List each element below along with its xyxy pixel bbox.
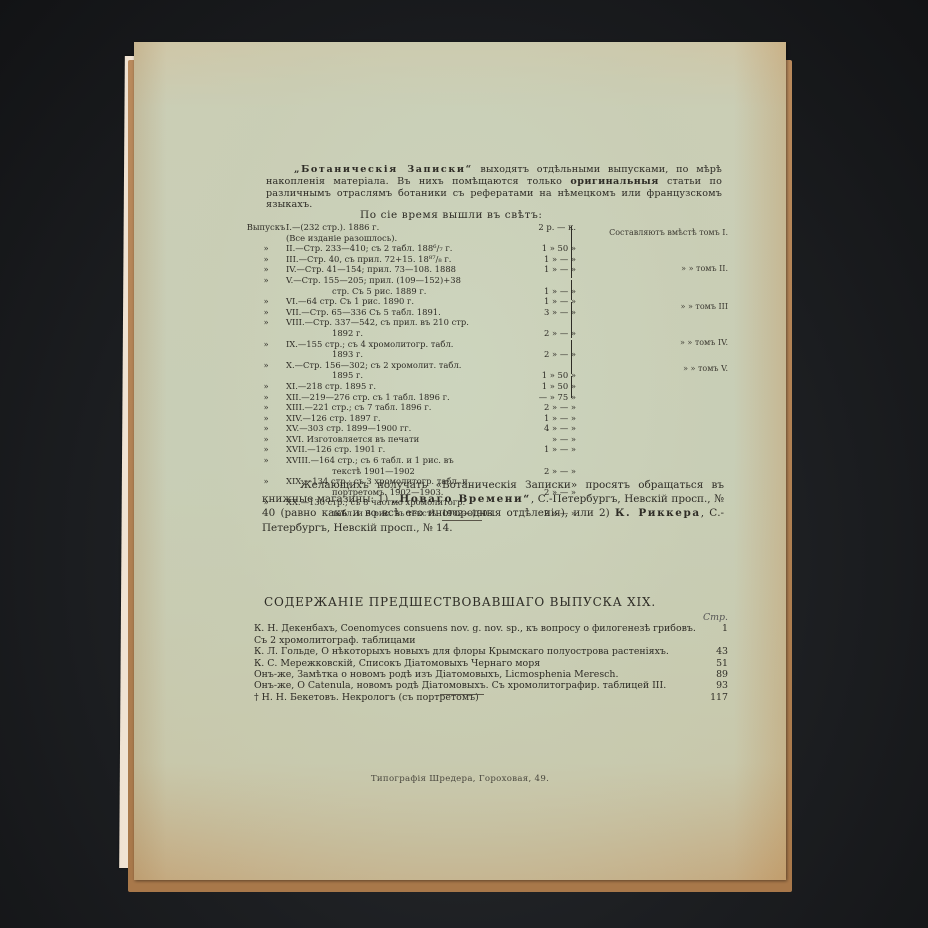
contents-entry: Онъ-же, Замѣтка о новомъ родѣ изъ Діатом… — [254, 669, 728, 680]
issue-row: ВыпускъI.—(232 стр.). 1886 г.2 р. — к. — [246, 222, 576, 233]
document-page: „Ботаническія Записки“ выходятъ отдѣльны… — [134, 42, 786, 880]
issue-mark — [246, 286, 286, 297]
issue-price: — » 75 » — [518, 392, 576, 403]
intro-paragraph: „Ботаническія Записки“ выходятъ отдѣльны… — [266, 164, 722, 211]
divider — [440, 694, 484, 695]
entry-title: К. Н. Декенбахъ, Coenomyces consuens nov… — [254, 623, 698, 646]
issue-row: 1893 г.2 » — » — [246, 349, 576, 360]
volume-brace — [571, 280, 572, 300]
issue-description: II.—Стр. 233—410; съ 2 табл. 188⁶/₇ г. — [286, 243, 518, 254]
issue-row: (Все изданіе разошлось). — [246, 233, 576, 244]
issues-list: ВыпускъI.—(232 стр.). 1886 г.2 р. — к.(В… — [246, 222, 576, 519]
issue-mark: » — [246, 317, 286, 328]
contents-entry: К. Л. Гольде, О нѣкоторыхъ новыхъ для фл… — [254, 646, 728, 657]
issue-price — [518, 360, 576, 371]
issue-row: »VII.—Стр. 65—336 Съ 5 табл. 1891.3 » — … — [246, 307, 576, 318]
issue-row: »VI.—64 стр. Съ 1 рис. 1890 г.1 » — » — [246, 296, 576, 307]
entry-page: 93 — [698, 680, 728, 691]
volume-brace — [571, 340, 572, 374]
order-info: Желающихъ получать «Ботаническія Записки… — [262, 478, 724, 535]
issue-description: VIII.—Стр. 337—542, съ прил. въ 210 стр. — [286, 317, 518, 328]
contents-list: Стр. К. Н. Декенбахъ, Coenomyces consuen… — [254, 612, 728, 703]
entry-page: 1 — [698, 623, 728, 646]
page-column-header: Стр. — [254, 612, 728, 623]
issue-description: XIV.—126 стр. 1897 г. — [286, 413, 518, 424]
issue-description: I.—(232 стр.). 1886 г. — [286, 222, 518, 233]
divider — [442, 520, 482, 521]
volume-note: » » томъ V. — [683, 364, 728, 373]
issue-description: стр. Съ 5 рис. 1889 г. — [286, 286, 518, 297]
issue-description: XV.—303 стр. 1899—1900 гг. — [286, 423, 518, 434]
issue-description: IX.—155 стр.; съ 4 хромолитогр. табл. — [286, 339, 518, 350]
issue-mark: » — [246, 307, 286, 318]
issue-mark: » — [246, 413, 286, 424]
issue-row: »XIV.—126 стр. 1897 г.1 » — » — [246, 413, 576, 424]
entry-page: 51 — [698, 658, 728, 669]
volume-note: » » томъ III — [681, 302, 728, 311]
issue-description: X.—Стр. 156—302; съ 2 хромолит. табл. — [286, 360, 518, 371]
issue-description: XI.—218 стр. 1895 г. — [286, 381, 518, 392]
journal-title: „Ботаническія Записки“ — [294, 164, 473, 175]
issue-row: »XVII.—126 стр. 1901 г.1 » — » — [246, 444, 576, 455]
issue-price: 1 » — » — [518, 264, 576, 275]
issue-mark: » — [246, 243, 286, 254]
issue-price: 2 » — » — [518, 349, 576, 360]
issue-mark — [246, 370, 286, 381]
store-rikker: К. Риккера — [615, 507, 701, 519]
issue-row: стр. Съ 5 рис. 1889 г.1 » — » — [246, 286, 576, 297]
entry-page: 43 — [698, 646, 728, 657]
issue-row: »VIII.—Стр. 337—542, съ прил. въ 210 стр… — [246, 317, 576, 328]
issue-description: XVII.—126 стр. 1901 г. — [286, 444, 518, 455]
issue-mark — [246, 328, 286, 339]
issue-mark: » — [246, 264, 286, 275]
issue-price — [518, 275, 576, 286]
issue-mark — [246, 233, 286, 244]
entry-page: 89 — [698, 669, 728, 680]
issue-description: VI.—64 стр. Съ 1 рис. 1890 г. — [286, 296, 518, 307]
issue-price: 4 » — » — [518, 423, 576, 434]
issue-price: 1 » 50 » — [518, 243, 576, 254]
issue-description: XII.—219—276 стр. съ 1 табл. 1896 г. — [286, 392, 518, 403]
issue-price: 1 » 50 » — [518, 370, 576, 381]
issue-row: »X.—Стр. 156—302; съ 2 хромолит. табл. — [246, 360, 576, 371]
contents-title: СОДЕРЖАНІЕ ПРЕДШЕСТВОВАВШАГО ВЫПУСКА XIX… — [134, 595, 786, 609]
issue-price: 3 » — » — [518, 307, 576, 318]
issue-description: IV.—Стр. 41—154; прил. 73—108. 1888 — [286, 264, 518, 275]
issue-mark: » — [246, 402, 286, 413]
volume-note: Составляютъ вмѣстѣ томъ I. — [609, 228, 728, 237]
contents-entry: К. Н. Декенбахъ, Coenomyces consuens nov… — [254, 623, 728, 646]
issue-row: »XVIII.—164 стр.; съ 6 табл. и 1 рис. въ — [246, 455, 576, 466]
issue-price — [518, 339, 576, 350]
issue-row: »XI.—218 стр. 1895 г.1 » 50 » — [246, 381, 576, 392]
volume-brace — [571, 226, 572, 278]
issue-mark — [246, 349, 286, 360]
issue-mark: » — [246, 254, 286, 265]
issue-row: текстѣ 1901—19022 » — » — [246, 466, 576, 477]
issue-price: 1 » 50 » — [518, 381, 576, 392]
issue-description: III.—Стр. 40, съ прил. 72+15. 18⁸⁷/₈ г. — [286, 254, 518, 265]
issue-price: 1 » — » — [518, 444, 576, 455]
issue-row: »III.—Стр. 40, съ прил. 72+15. 18⁸⁷/₈ г.… — [246, 254, 576, 265]
issue-mark: » — [246, 423, 286, 434]
issue-mark: » — [246, 296, 286, 307]
issue-row: 1895 г.1 » 50 » — [246, 370, 576, 381]
issue-price: 2 р. — к. — [518, 222, 576, 233]
issue-mark: » — [246, 392, 286, 403]
issue-price — [518, 233, 576, 244]
issue-description: XIII.—221 стр.; съ 7 табл. 1896 г. — [286, 402, 518, 413]
issue-mark: » — [246, 275, 286, 286]
entry-title: Онъ-же, О Catenula, новомъ родѣ Діатомов… — [254, 680, 698, 691]
issue-description: текстѣ 1901—1902 — [286, 466, 518, 477]
intro-bold-word: оригинальныя — [570, 176, 658, 187]
issue-row: »IV.—Стр. 41—154; прил. 73—108. 18881 » … — [246, 264, 576, 275]
issue-description: (Все изданіе разошлось). — [286, 233, 518, 244]
volume-brace — [571, 376, 572, 398]
issue-mark: » — [246, 434, 286, 445]
issue-description: 1895 г. — [286, 370, 518, 381]
issue-row: 1892 г.2 » — » — [246, 328, 576, 339]
issue-description: 1892 г. — [286, 328, 518, 339]
issue-row: »XII.—219—276 стр. съ 1 табл. 1896 г.— »… — [246, 392, 576, 403]
contents-entry: К. С. Мережковскій, Списокъ Діатомовыхъ … — [254, 658, 728, 669]
issue-description: V.—Стр. 155—205; прил. (109—152)+38 — [286, 275, 518, 286]
issue-price: 1 » — » — [518, 296, 576, 307]
issue-mark: Выпускъ — [246, 222, 286, 233]
issue-row: »IX.—155 стр.; съ 4 хромолитогр. табл. — [246, 339, 576, 350]
issue-price: 1 » — » — [518, 413, 576, 424]
issue-price — [518, 455, 576, 466]
issue-row: »V.—Стр. 155—205; прил. (109—152)+38 — [246, 275, 576, 286]
issue-row: »XV.—303 стр. 1899—1900 гг.4 » — » — [246, 423, 576, 434]
issue-price: » — » — [518, 434, 576, 445]
issue-mark: » — [246, 339, 286, 350]
issue-price: 2 » — » — [518, 402, 576, 413]
issue-mark: » — [246, 360, 286, 371]
issue-row: »II.—Стр. 233—410; съ 2 табл. 188⁶/₇ г.1… — [246, 243, 576, 254]
issue-mark: » — [246, 455, 286, 466]
entry-title: К. Л. Гольде, О нѣкоторыхъ новыхъ для фл… — [254, 646, 698, 657]
volume-brace — [571, 302, 572, 338]
issue-price: 1 » — » — [518, 254, 576, 265]
issues-heading: По сіе время вышли въ свѣтъ: — [360, 209, 543, 221]
issue-mark — [246, 466, 286, 477]
contents-entry: Онъ-же, О Catenula, новомъ родѣ Діатомов… — [254, 680, 728, 691]
contents-entry: † Н. Н. Бекетовъ. Некрологъ (съ портрето… — [254, 692, 728, 703]
entry-title: К. С. Мережковскій, Списокъ Діатомовыхъ … — [254, 658, 698, 669]
issue-price: 1 » — » — [518, 286, 576, 297]
issue-price: 2 » — » — [518, 328, 576, 339]
issue-price — [518, 317, 576, 328]
issue-price: 2 » — » — [518, 466, 576, 477]
entry-title: Онъ-же, Замѣтка о новомъ родѣ изъ Діатом… — [254, 669, 698, 680]
issue-mark: » — [246, 444, 286, 455]
issue-description: XVIII.—164 стр.; съ 6 табл. и 1 рис. въ — [286, 455, 518, 466]
issue-mark: » — [246, 381, 286, 392]
volume-note: » » томъ IV. — [680, 338, 728, 347]
store-novoe-vremya: „Новаго Времени“ — [392, 493, 531, 505]
issue-row: »XIII.—221 стр.; съ 7 табл. 1896 г.2 » —… — [246, 402, 576, 413]
printer-imprint: Типографія Шредера, Гороховая, 49. — [134, 774, 786, 784]
entry-page: 117 — [698, 692, 728, 703]
volume-note: » » томъ II. — [681, 264, 728, 273]
issue-row: »XVI. Изготовляется въ печати» — » — [246, 434, 576, 445]
issue-description: 1893 г. — [286, 349, 518, 360]
issue-description: VII.—Стр. 65—336 Съ 5 табл. 1891. — [286, 307, 518, 318]
issue-description: XVI. Изготовляется въ печати — [286, 434, 518, 445]
